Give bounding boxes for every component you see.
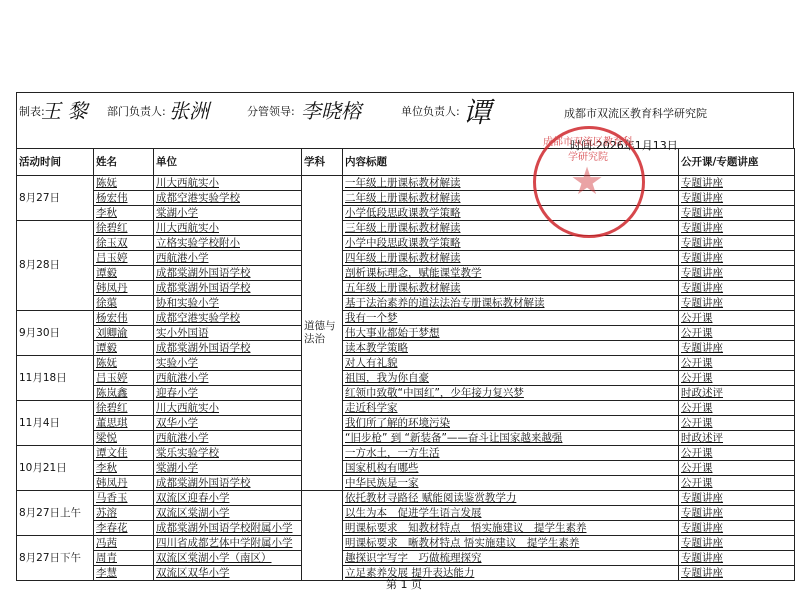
presenter-name: 杨宏伟 (94, 311, 154, 326)
schedule-table: 活动时间 姓名 单位 学科 内容标题 公开课/专题讲座 8月27日陈妩川大西航实… (16, 148, 795, 581)
presenter-name: 谭文佳 (94, 446, 154, 461)
content-title: 明课标要求 晰教材特点 悟实施建议 提学生素养 (343, 536, 679, 551)
session-type: 公开课 (679, 461, 795, 476)
supervisor-signature: 李晓榕 (301, 95, 361, 124)
table-row: 谭毅成都棠湖外国语学校读本教学策略专题讲座 (17, 341, 795, 356)
activity-date: 8月27日下午 (17, 536, 94, 581)
content-title: 趣探识字写字 巧做梳理探究 (343, 551, 679, 566)
session-type: 专题讲座 (679, 296, 795, 311)
table-body: 8月27日陈妩川大西航实小道德与法治一年级上册课标教材解读专题讲座杨宏伟成都空港… (17, 176, 795, 581)
session-type: 专题讲座 (679, 206, 795, 221)
subject-cell-empty (302, 491, 343, 581)
presenter-name: 李秋 (94, 206, 154, 221)
session-type: 公开课 (679, 401, 795, 416)
school-unit: 成都空港实验学校 (154, 311, 302, 326)
school-unit: 川大西航实小 (154, 221, 302, 236)
dept-head-signature: 张洲 (169, 95, 209, 124)
presenter-name: 苏溶 (94, 506, 154, 521)
content-title: 红领巾致敬“中国红”，少年接力复兴梦 (343, 386, 679, 401)
school-unit: 实验小学 (154, 356, 302, 371)
presenter-name: 陈妩 (94, 176, 154, 191)
presenter-name: 吕玉婷 (94, 371, 154, 386)
activity-date: 8月27日 (17, 176, 94, 221)
content-title: 三年级上册课标教材解读 (343, 221, 679, 236)
school-unit: 双流区棠湖小学 (154, 506, 302, 521)
presenter-name: 周青 (94, 551, 154, 566)
activity-date: 8月27日上午 (17, 491, 94, 536)
content-title: 明课标要求 知教材特点 悟实施建议 提学生素养 (343, 521, 679, 536)
unit-head-label: 单位负责人: (401, 103, 460, 119)
school-unit: 成都棠湖外国语学校 (154, 281, 302, 296)
session-type: 时政述评 (679, 386, 795, 401)
page-number: 第 1 页 (0, 576, 808, 592)
content-title: 走近科学家 (343, 401, 679, 416)
col-header-unit: 单位 (154, 149, 302, 176)
presenter-name: 李春花 (94, 521, 154, 536)
table-row: 李春花成都棠湖外国语学校附属小学明课标要求 知教材特点 悟实施建议 提学生素养专… (17, 521, 795, 536)
content-title: 对人有礼貌 (343, 356, 679, 371)
content-title: 四年级上册课标教材解读 (343, 251, 679, 266)
session-type: 专题讲座 (679, 521, 795, 536)
presenter-name: 谭毅 (94, 341, 154, 356)
content-title: 以生为本 促进学生语言发展 (343, 506, 679, 521)
school-unit: 棠乐实验学校 (154, 446, 302, 461)
table-row: 谭毅成都棠湖外国语学校剖析课标理念，赋能课堂教学专题讲座 (17, 266, 795, 281)
content-title: 五年级上册课标教材解读 (343, 281, 679, 296)
school-unit: 成都棠湖外国语学校 (154, 341, 302, 356)
session-type: 专题讲座 (679, 236, 795, 251)
school-unit: 西航港小学 (154, 431, 302, 446)
table-row: 10月21日谭文佳棠乐实验学校一方水土，一方生活公开课 (17, 446, 795, 461)
activity-date: 11月18日 (17, 356, 94, 401)
schedule-sheet: 制表: 王 黎 部门负责人: 张洲 分管领导: 李晓榕 单位负责人: 谭 成都市… (16, 92, 794, 581)
school-unit: 双流区迎春小学 (154, 491, 302, 506)
session-type: 公开课 (679, 356, 795, 371)
content-title: 一年级上册课标教材解读 (343, 176, 679, 191)
presenter-name: 徐玉双 (94, 236, 154, 251)
content-title: 二年级上册课标教材解读 (343, 191, 679, 206)
school-unit: 双流区棠湖小学（南区） (154, 551, 302, 566)
presenter-name: 梁悦 (94, 431, 154, 446)
table-row: 陈岚鑫迎春小学红领巾致敬“中国红”，少年接力复兴梦时政述评 (17, 386, 795, 401)
unit-head-signature: 谭 (463, 91, 491, 131)
table-row: 梁悦西航港小学“旧步枪” 到 “新装备”——奋斗让国家越来越强时政述评 (17, 431, 795, 446)
table-row: 8月28日徐碧红川大西航实小三年级上册课标教材解读专题讲座 (17, 221, 795, 236)
session-type: 专题讲座 (679, 536, 795, 551)
presenter-name: 李秋 (94, 461, 154, 476)
session-type: 公开课 (679, 446, 795, 461)
content-title: 我有一个梦 (343, 311, 679, 326)
content-title: “旧步枪” 到 “新装备”——奋斗让国家越来越强 (343, 431, 679, 446)
dept-head-label: 部门负责人: (107, 103, 166, 119)
session-type: 专题讲座 (679, 266, 795, 281)
table-row: 9月30日杨宏伟成都空港实验学校我有一个梦公开课 (17, 311, 795, 326)
table-row: 11月4日徐碧红川大西航实小走近科学家公开课 (17, 401, 795, 416)
presenter-name: 韩凤丹 (94, 476, 154, 491)
presenter-name: 杨宏伟 (94, 191, 154, 206)
table-row: 8月27日陈妩川大西航实小道德与法治一年级上册课标教材解读专题讲座 (17, 176, 795, 191)
school-unit: 成都空港实验学校 (154, 191, 302, 206)
document-date: 时间:2026年1月13日 (570, 137, 678, 153)
school-unit: 双华小学 (154, 416, 302, 431)
table-row: 吕玉婷西航港小学四年级上册课标教材解读专题讲座 (17, 251, 795, 266)
table-row: 8月27日下午冯茜四川省成都艺体中学附属小学明课标要求 晰教材特点 悟实施建议 … (17, 536, 795, 551)
activity-date: 11月4日 (17, 401, 94, 446)
table-row: 韩凤丹成都棠湖外国语学校中华民族是一家公开课 (17, 476, 795, 491)
presenter-name: 冯茜 (94, 536, 154, 551)
session-type: 公开课 (679, 476, 795, 491)
session-type: 专题讲座 (679, 251, 795, 266)
session-type: 专题讲座 (679, 551, 795, 566)
session-type: 专题讲座 (679, 506, 795, 521)
school-unit: 棠湖小学 (154, 461, 302, 476)
school-unit: 西航港小学 (154, 371, 302, 386)
table-row: 杨宏伟成都空港实验学校二年级上册课标教材解读专题讲座 (17, 191, 795, 206)
col-header-type: 公开课/专题讲座 (679, 149, 795, 176)
signature-header: 制表: 王 黎 部门负责人: 张洲 分管领导: 李晓榕 单位负责人: 谭 成都市… (16, 92, 794, 148)
session-type: 公开课 (679, 311, 795, 326)
school-unit: 四川省成都艺体中学附属小学 (154, 536, 302, 551)
table-row: 韩凤丹成都棠湖外国语学校五年级上册课标教材解读专题讲座 (17, 281, 795, 296)
presenter-name: 陈妩 (94, 356, 154, 371)
table-row: 李秋棠湖小学国家机构有哪些公开课 (17, 461, 795, 476)
presenter-name: 徐碧红 (94, 221, 154, 236)
session-type: 专题讲座 (679, 221, 795, 236)
presenter-name: 徐碧红 (94, 401, 154, 416)
activity-date: 9月30日 (17, 311, 94, 356)
table-row: 苏溶双流区棠湖小学以生为本 促进学生语言发展专题讲座 (17, 506, 795, 521)
table-row: 李秋棠湖小学小学低段思政课教学策略专题讲座 (17, 206, 795, 221)
school-unit: 川大西航实小 (154, 401, 302, 416)
session-type: 公开课 (679, 416, 795, 431)
session-type: 时政述评 (679, 431, 795, 446)
col-header-date: 活动时间 (17, 149, 94, 176)
col-header-name: 姓名 (94, 149, 154, 176)
table-row: 董思琪双华小学我们所了解的环境污染公开课 (17, 416, 795, 431)
content-title: 国家机构有哪些 (343, 461, 679, 476)
school-unit: 川大西航实小 (154, 176, 302, 191)
content-title: 伟大事业都始于梦想 (343, 326, 679, 341)
col-header-subject: 学科 (302, 149, 343, 176)
prepared-by-signature: 王 黎 (41, 95, 87, 124)
table-row: 周青双流区棠湖小学（南区）趣探识字写字 巧做梳理探究专题讲座 (17, 551, 795, 566)
subject-cell: 道德与法治 (302, 176, 343, 491)
content-title: 中华民族是一家 (343, 476, 679, 491)
school-unit: 迎春小学 (154, 386, 302, 401)
content-title: 读本教学策略 (343, 341, 679, 356)
session-type: 公开课 (679, 371, 795, 386)
presenter-name: 韩凤丹 (94, 281, 154, 296)
school-unit: 成都棠湖外国语学校 (154, 266, 302, 281)
presenter-name: 谭毅 (94, 266, 154, 281)
presenter-name: 徐蕖 (94, 296, 154, 311)
school-unit: 协和实验小学 (154, 296, 302, 311)
table-row: 吕玉婷西航港小学祖国，我为你自豪公开课 (17, 371, 795, 386)
school-unit: 实小外国语 (154, 326, 302, 341)
content-title: 基于法治素养的道法法治专册课标教材解读 (343, 296, 679, 311)
table-row: 8月27日上午马香玉双流区迎春小学依托教材寻路径 赋能阅读鉴赏教学力专题讲座 (17, 491, 795, 506)
presenter-name: 董思琪 (94, 416, 154, 431)
table-header-row: 活动时间 姓名 单位 学科 内容标题 公开课/专题讲座 (17, 149, 795, 176)
session-type: 专题讲座 (679, 191, 795, 206)
session-type: 专题讲座 (679, 176, 795, 191)
table-row: 刘卿渝实小外国语伟大事业都始于梦想公开课 (17, 326, 795, 341)
school-unit: 成都棠湖外国语学校附属小学 (154, 521, 302, 536)
table-row: 徐蕖协和实验小学基于法治素养的道法法治专册课标教材解读专题讲座 (17, 296, 795, 311)
content-title: 小学中段思政课教学策略 (343, 236, 679, 251)
table-row: 徐玉双立格实验学校附小小学中段思政课教学策略专题讲座 (17, 236, 795, 251)
supervisor-label: 分管领导: (247, 103, 295, 119)
content-title: 祖国，我为你自豪 (343, 371, 679, 386)
activity-date: 8月28日 (17, 221, 94, 311)
session-type: 专题讲座 (679, 341, 795, 356)
content-title: 依托教材寻路径 赋能阅读鉴赏教学力 (343, 491, 679, 506)
school-unit: 成都棠湖外国语学校 (154, 476, 302, 491)
session-type: 专题讲座 (679, 491, 795, 506)
organization-name: 成都市双流区教育科学研究院 (564, 105, 707, 121)
session-type: 专题讲座 (679, 281, 795, 296)
presenter-name: 刘卿渝 (94, 326, 154, 341)
content-title: 小学低段思政课教学策略 (343, 206, 679, 221)
presenter-name: 陈岚鑫 (94, 386, 154, 401)
content-title: 我们所了解的环境污染 (343, 416, 679, 431)
table-row: 11月18日陈妩实验小学对人有礼貌公开课 (17, 356, 795, 371)
school-unit: 立格实验学校附小 (154, 236, 302, 251)
content-title: 剖析课标理念，赋能课堂教学 (343, 266, 679, 281)
session-type: 公开课 (679, 326, 795, 341)
school-unit: 西航港小学 (154, 251, 302, 266)
content-title: 一方水土，一方生活 (343, 446, 679, 461)
school-unit: 棠湖小学 (154, 206, 302, 221)
presenter-name: 吕玉婷 (94, 251, 154, 266)
presenter-name: 马香玉 (94, 491, 154, 506)
activity-date: 10月21日 (17, 446, 94, 491)
